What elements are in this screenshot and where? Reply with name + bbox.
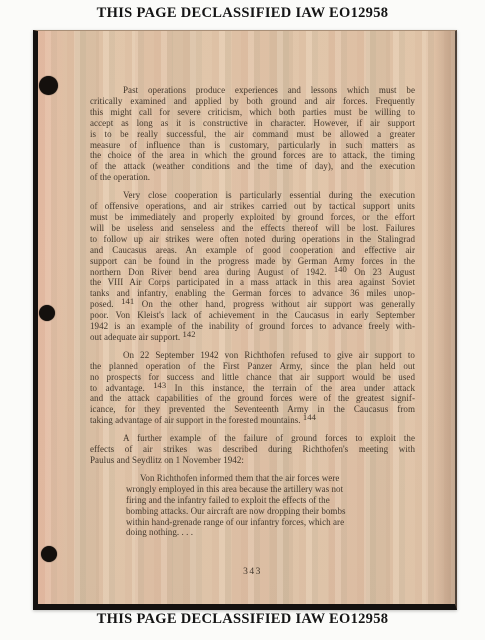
paragraph: On 22 September 1942 von Richthofen refu…	[90, 350, 415, 426]
block-quote: Von Richthofen informed them that the ai…	[126, 473, 397, 538]
text-line: to follow up air strikes were often note…	[90, 234, 415, 245]
text-line: support can be found in the progress mad…	[90, 256, 415, 267]
text-line: wrongly employed in this area because th…	[126, 484, 397, 495]
text-line: taking advantage of air support in the f…	[90, 415, 415, 426]
hole-punch-top	[39, 76, 58, 95]
text-line: bombing attacks. Our aircraft are now dr…	[126, 506, 397, 517]
hole-punch-bottom	[41, 546, 57, 562]
footnote-reference: 140	[334, 264, 347, 274]
page-text: Past operations produce experiences and …	[90, 85, 415, 538]
text-line: Past operations produce experiences and …	[90, 85, 415, 96]
paragraph: Very close cooperation is particularly e…	[90, 190, 415, 343]
text-line: Von Richthofen informed them that the ai…	[126, 473, 397, 484]
text-line: Very close cooperation is particularly e…	[90, 190, 415, 201]
text-line: accept as long as it is constructive in …	[90, 118, 415, 129]
text-line: and the attack capabilities of the groun…	[90, 393, 415, 404]
text-line: icance, for they prevented the Seventeen…	[90, 404, 415, 415]
declassification-stamp-top: THIS PAGE DECLASSIFIED IAW EO12958	[0, 5, 485, 22]
text-line: the choice of the area in which the grou…	[90, 150, 415, 161]
text-line: of offensive operations, and air strikes…	[90, 201, 415, 212]
text-line: critically examined and applied by both …	[90, 96, 415, 107]
text-line: this might call for severe criticism, wh…	[90, 107, 415, 118]
text-line: within hand-grenade range of our infantr…	[126, 517, 397, 528]
document-page: Past operations produce experiences and …	[33, 30, 457, 610]
text-line: posed. 141 On the other hand, progress w…	[90, 299, 415, 310]
paragraph: Past operations produce experiences and …	[90, 85, 415, 183]
text-line: northern Don River bend area during Augu…	[90, 267, 415, 278]
text-line: must be immediately and properly exploit…	[90, 212, 415, 223]
footnote-reference: 144	[303, 412, 316, 422]
footnote-reference: 143	[153, 380, 166, 390]
text-line: On 22 September 1942 von Richthofen refu…	[90, 350, 415, 361]
text-line: to advantage. 143 In this instance, the …	[90, 383, 415, 394]
footnote-reference: 141	[121, 296, 134, 306]
text-line: effects of air strikes was described dur…	[90, 444, 415, 455]
text-line: firing and the infantry failed to exploi…	[126, 495, 397, 506]
footnote-reference: 142	[183, 329, 196, 339]
text-line: out adequate air support. 142	[90, 332, 415, 343]
hole-punch-middle	[39, 305, 55, 321]
text-line: of the operation.	[90, 172, 415, 183]
page-number: 343	[90, 567, 415, 577]
text-line: tanks and infantry, enabling the German …	[90, 288, 415, 299]
text-line: will be useless and senseless and the ef…	[90, 223, 415, 234]
text-line: the VIII Air Corps participated in a mas…	[90, 277, 415, 288]
text-line: and Caucasus areas. An example of good c…	[90, 245, 415, 256]
text-line: of the attack (weather conditions and th…	[90, 161, 415, 172]
paragraph: A further example of the failure of grou…	[90, 433, 415, 466]
text-line: the planned operation of the First Panze…	[90, 361, 415, 372]
text-line: poor. Von Kleist's lack of achievement i…	[90, 310, 415, 321]
text-line: no prospects for success and little chan…	[90, 372, 415, 383]
text-line: Paulus and Seydlitz on 1 November 1942:	[90, 455, 415, 466]
text-line: 1942 is an example of the inability of g…	[90, 321, 415, 332]
text-line: is to be really successful, the air comm…	[90, 129, 415, 140]
text-line: doing nothing. . . .	[126, 527, 397, 538]
text-line: A further example of the failure of grou…	[90, 433, 415, 444]
declassification-stamp-bottom: THIS PAGE DECLASSIFIED IAW EO12958	[0, 611, 485, 628]
text-line: measure of influence than is customary, …	[90, 140, 415, 151]
